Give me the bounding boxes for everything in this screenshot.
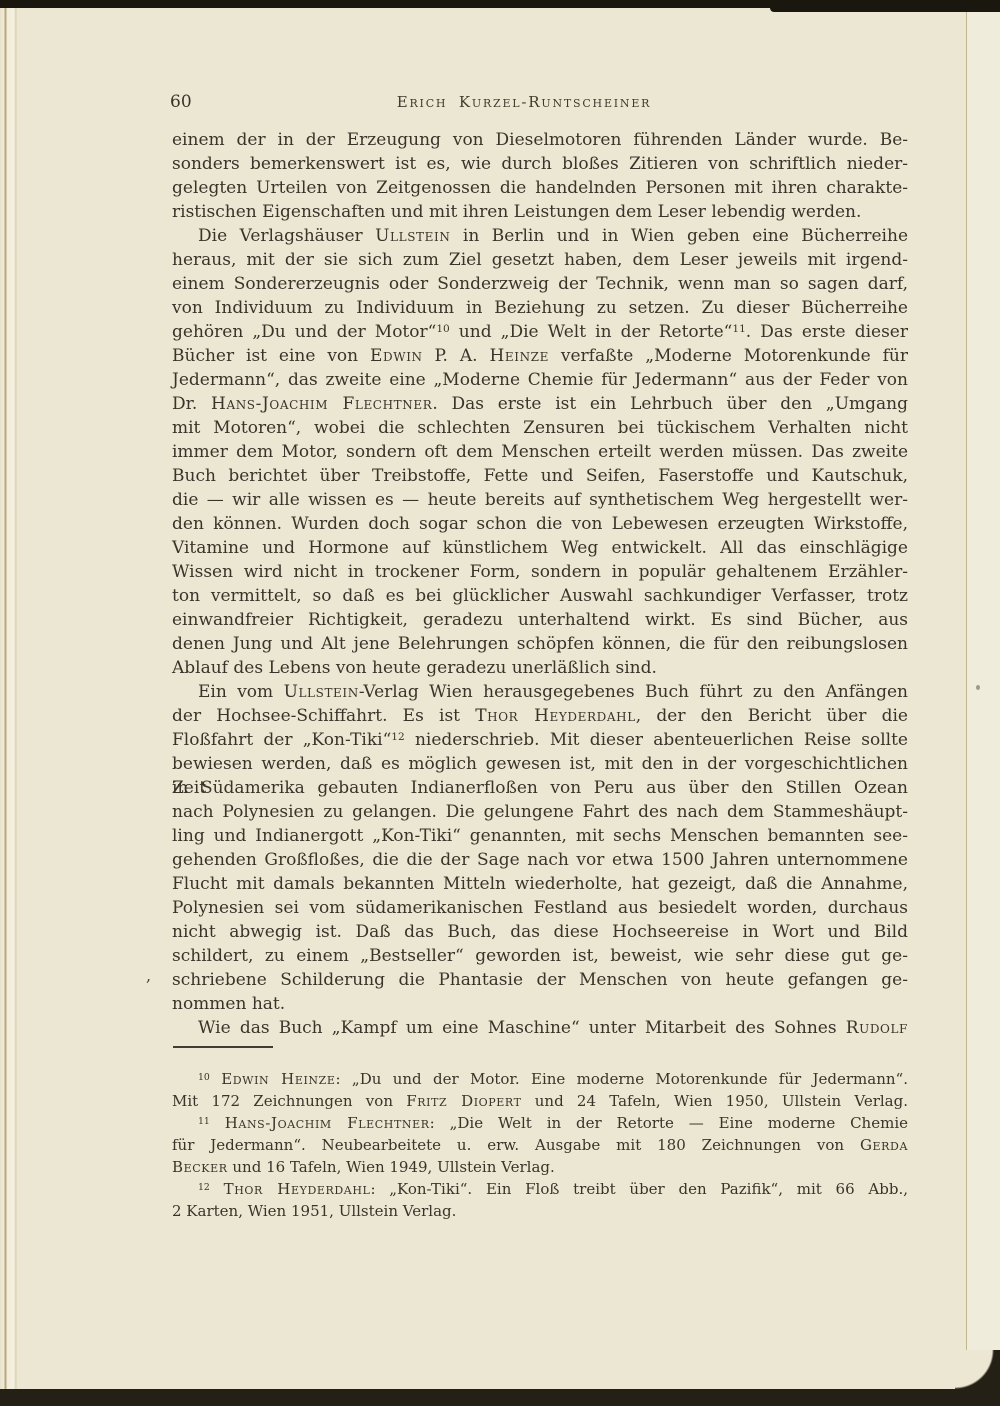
text-line: gehören „Du und der Motor“10 und „Die We… — [172, 320, 908, 344]
text-line: gehenden Großfloßes, die die der Sage na… — [172, 848, 908, 872]
text-line: gelegten Urteilen von Zeitgenossen die h… — [172, 176, 908, 200]
text-line: nommen hat. — [172, 992, 908, 1016]
stray-comma-mark: , — [146, 966, 151, 985]
body-text: einem der in der Erzeugung von Dieselmot… — [172, 128, 908, 1040]
text-line: Floßfahrt der „Kon-Tiki“12 niederschrieb… — [172, 728, 908, 752]
text-line: in Südamerika gebauten Indianerfloßen vo… — [172, 776, 908, 800]
text-line: Jedermann“, das zweite eine „Moderne Che… — [172, 368, 908, 392]
footnote-text: 10 Edwin Heinze: „Du und der Motor. Eine… — [172, 1068, 908, 1222]
text-line: Vitamine und Hormone auf künstlichem Weg… — [172, 536, 908, 560]
page-corner-bottom-right — [955, 1350, 1000, 1390]
text-line: sonders bemerkenswert ist es, wie durch … — [172, 152, 908, 176]
text-line: 11 Hans-Joachim Flechtner: „Die Welt in … — [172, 1112, 908, 1134]
text-line: Ein vom Ullstein-Verlag Wien herausgegeb… — [172, 680, 908, 704]
text-line: einwandfreier Richtigkeit, geradezu unte… — [172, 608, 908, 632]
text-line: mit Motoren“, wobei die schlechten Zensu… — [172, 416, 908, 440]
text-line: bewiesen werden, daß es möglich gewesen … — [172, 752, 908, 776]
text-line: den können. Wurden doch sogar schon die … — [172, 512, 908, 536]
text-line: nicht abwegig ist. Daß das Buch, das die… — [172, 920, 908, 944]
running-header: Erich Kurzel-Runtscheiner — [154, 93, 894, 111]
bottom-scan-edge — [0, 1389, 1000, 1406]
text-line: einem Sondererzeugnis oder Sonderzweig d… — [172, 272, 908, 296]
text-line: Wissen wird nicht in trockener Form, son… — [172, 560, 908, 584]
text-line: ling und Indianergott „Kon-Tiki“ genannt… — [172, 824, 908, 848]
text-line: Mit 172 Zeichnungen von Fritz Diopert un… — [172, 1090, 908, 1112]
text-line: Becker und 16 Tafeln, Wien 1949, Ullstei… — [172, 1156, 908, 1178]
text-line: Flucht mit damals bekannten Mitteln wied… — [172, 872, 908, 896]
footnote-rule — [173, 1046, 273, 1048]
left-edge-strip — [0, 0, 17, 1406]
text-line: denen Jung und Alt jene Belehrungen schö… — [172, 632, 908, 656]
text-line: der Hochsee-Schiffahrt. Es ist Thor Heyd… — [172, 704, 908, 728]
text-line: ristischen Eigenschaften und mit ihren L… — [172, 200, 908, 224]
right-edge-strip — [967, 0, 1000, 1406]
top-scan-edge-right — [770, 0, 1000, 12]
text-line: Buch berichtet über Treibstoffe, Fette u… — [172, 464, 908, 488]
text-line: schriebene Schilderung die Phantasie der… — [172, 968, 908, 992]
text-line: die — wir alle wissen es — heute bereits… — [172, 488, 908, 512]
text-line: immer dem Motor, sondern oft dem Mensche… — [172, 440, 908, 464]
text-line: für Jedermann“. Neubearbeitete u. erw. A… — [172, 1134, 908, 1156]
text-line: Die Verlagshäuser Ullstein in Berlin und… — [172, 224, 908, 248]
text-line: heraus, mit der sie sich zum Ziel gesetz… — [172, 248, 908, 272]
text-line: 2 Karten, Wien 1951, Ullstein Verlag. — [172, 1200, 908, 1222]
text-line: Ablauf des Lebens von heute geradezu une… — [172, 656, 908, 680]
text-line: Bücher ist eine von Edwin P. A. Heinze v… — [172, 344, 908, 368]
right-crease-line — [966, 0, 967, 1406]
text-line: ton vermittelt, so daß es bei glückliche… — [172, 584, 908, 608]
text-line: Wie das Buch „Kampf um eine Maschine“ un… — [172, 1016, 908, 1040]
text-line: von Individuum zu Individuum in Beziehun… — [172, 296, 908, 320]
text-line: nach Polynesien zu gelangen. Die gelunge… — [172, 800, 908, 824]
text-line: schildert, zu einem „Bestseller“ geworde… — [172, 944, 908, 968]
text-line: Dr. Hans-Joachim Flechtner. Das erste is… — [172, 392, 908, 416]
text-line: 12 Thor Heyderdahl: „Kon-Tiki“. Ein Floß… — [172, 1178, 908, 1200]
text-line: 10 Edwin Heinze: „Du und der Motor. Eine… — [172, 1068, 908, 1090]
scan-speck — [976, 685, 980, 690]
text-line: Polynesien sei vom südamerikanischen Fes… — [172, 896, 908, 920]
text-line: einem der in der Erzeugung von Dieselmot… — [172, 128, 908, 152]
